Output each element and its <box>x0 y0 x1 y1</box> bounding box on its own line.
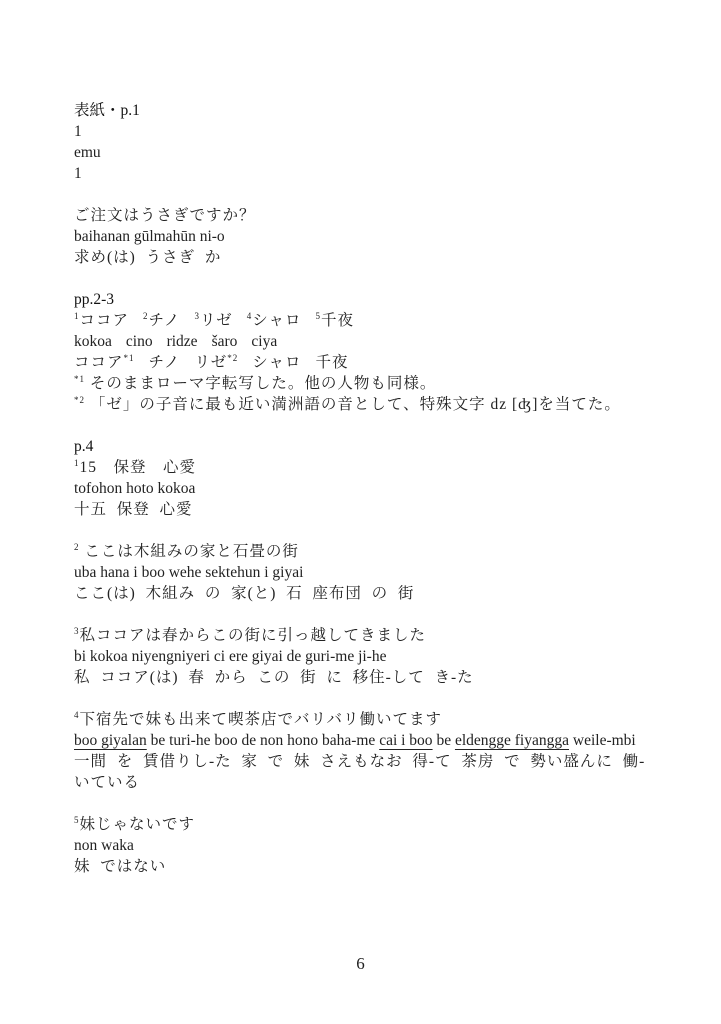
underlined-phrase: cai i boo <box>379 732 432 749</box>
gloss-name: ココア <box>74 354 124 371</box>
japanese-text: 私ココアは春からこの街に引っ越してきました <box>80 627 427 644</box>
page-number: 6 <box>0 954 721 974</box>
entry-manchu: emu <box>74 142 654 163</box>
note-mark: *2 <box>74 395 85 405</box>
footnote-text: 「ゼ」の子音に最も近い満洲語の音として、特殊文字 dz [ʤ]を当てた。 <box>85 396 621 413</box>
romanized-name: ciya <box>251 333 277 350</box>
section-pp2-3: pp.2-3 1ココア2チノ3リゼ4シャロ5千夜 kokoacinoridzeš… <box>74 289 654 415</box>
plain-phrase: be turi-he boo de non hono baha-me <box>147 732 379 749</box>
entry-number: 1 <box>74 121 654 142</box>
item-3-gloss: 私 ココア(は) 春 から この 街 に 移住-して き-た <box>74 667 654 688</box>
footnote-1: *1 そのままローマ字転写した。他の人物も同様。 <box>74 373 654 394</box>
names-row: 1ココア2チノ3リゼ4シャロ5千夜 <box>74 310 654 331</box>
romanized-name: cino <box>126 333 153 350</box>
title-manchu: baihanan gūlmahūn ni-o <box>74 226 654 247</box>
gloss-name: 千夜 <box>316 354 349 371</box>
item-5-manchu: non waka <box>74 835 654 856</box>
item-3-japanese: 3私ココアは春からこの街に引っ越してきました <box>74 625 654 646</box>
title-gloss: 求め(は) うさぎ か <box>74 247 654 268</box>
section-heading: p.4 <box>74 436 654 457</box>
plain-phrase: weile-mbi <box>569 732 636 749</box>
item-1-japanese: 115 保登 心愛 <box>74 457 654 478</box>
entry-gloss: 1 <box>74 163 654 184</box>
gloss-name: リゼ <box>194 354 227 371</box>
item-4-gloss: 一間 を 賃借りし-た 家 で 妹 さえもなお 得-て 茶房 で 勢い盛んに 働… <box>74 751 654 793</box>
romanized-name: šaro <box>212 333 238 350</box>
japanese-text: 妹じゃないです <box>80 816 196 833</box>
romanized-row: kokoacinoridzešarociya <box>74 331 654 352</box>
name-kokoa: ココア <box>80 312 130 329</box>
section-heading: pp.2-3 <box>74 289 654 310</box>
gloss-name: チノ <box>149 354 181 371</box>
section-p4: p.4 115 保登 心愛 tofohon hoto kokoa 十五 保登 心… <box>74 436 654 877</box>
japanese-text: 下宿先で妹も出来て喫茶店でバリバリ働いてます <box>80 711 443 728</box>
item-2-japanese: 2 ここは木組みの家と石畳の街 <box>74 541 654 562</box>
item-5-japanese: 5妹じゃないです <box>74 814 654 835</box>
note-mark: *1 <box>74 374 85 384</box>
item-3-manchu: bi kokoa niyengniyeri ci ere giyai de gu… <box>74 646 654 667</box>
gloss-name: シャロ <box>252 354 301 371</box>
item-2-manchu: uba hana i boo wehe sektehun i giyai <box>74 562 654 583</box>
footnote-2: *2 「ゼ」の子音に最も近い満洲語の音として、特殊文字 dz [ʤ]を当てた。 <box>74 394 654 415</box>
romanized-name: ridze <box>167 333 198 350</box>
romanized-name: kokoa <box>74 333 112 350</box>
underlined-phrase: boo giyalan <box>74 732 147 749</box>
document-body: 表紙・p.1 1 emu 1 ご注文はうさぎですか？ baihanan gūlm… <box>74 100 654 877</box>
item-5-gloss: 妹 ではない <box>74 856 654 877</box>
note-mark: *2 <box>227 353 238 363</box>
plain-phrase: be <box>433 732 455 749</box>
footnote-text: そのままローマ字転写した。他の人物も同様。 <box>85 375 436 392</box>
name-chiya: 千夜 <box>321 312 354 329</box>
item-4-japanese: 4下宿先で妹も出来て喫茶店でバリバリ働いてます <box>74 709 654 730</box>
item-4-manchu: boo giyalan be turi-he boo de non hono b… <box>74 730 654 751</box>
title-japanese: ご注文はうさぎですか？ <box>74 205 654 226</box>
note-mark: *1 <box>124 353 135 363</box>
underlined-phrase: eldengge fiyangga <box>455 732 569 749</box>
item-1-gloss: 十五 保登 心愛 <box>74 499 654 520</box>
section-cover: 表紙・p.1 1 emu 1 ご注文はうさぎですか？ baihanan gūlm… <box>74 100 654 268</box>
name-rize: リゼ <box>200 312 233 329</box>
japanese-text: ここは木組みの家と石畳の街 <box>80 543 299 560</box>
gloss-row: ココア*1チノリゼ*2シャロ千夜 <box>74 352 654 373</box>
item-1-manchu: tofohon hoto kokoa <box>74 478 654 499</box>
section-heading: 表紙・p.1 <box>74 100 654 121</box>
name-syaro: シャロ <box>252 312 301 329</box>
item-2-gloss: ここ(は) 木組み の 家(と) 石 座布団 の 街 <box>74 583 654 604</box>
name-chino: チノ <box>149 312 181 329</box>
japanese-text: 15 保登 心愛 <box>80 459 197 476</box>
